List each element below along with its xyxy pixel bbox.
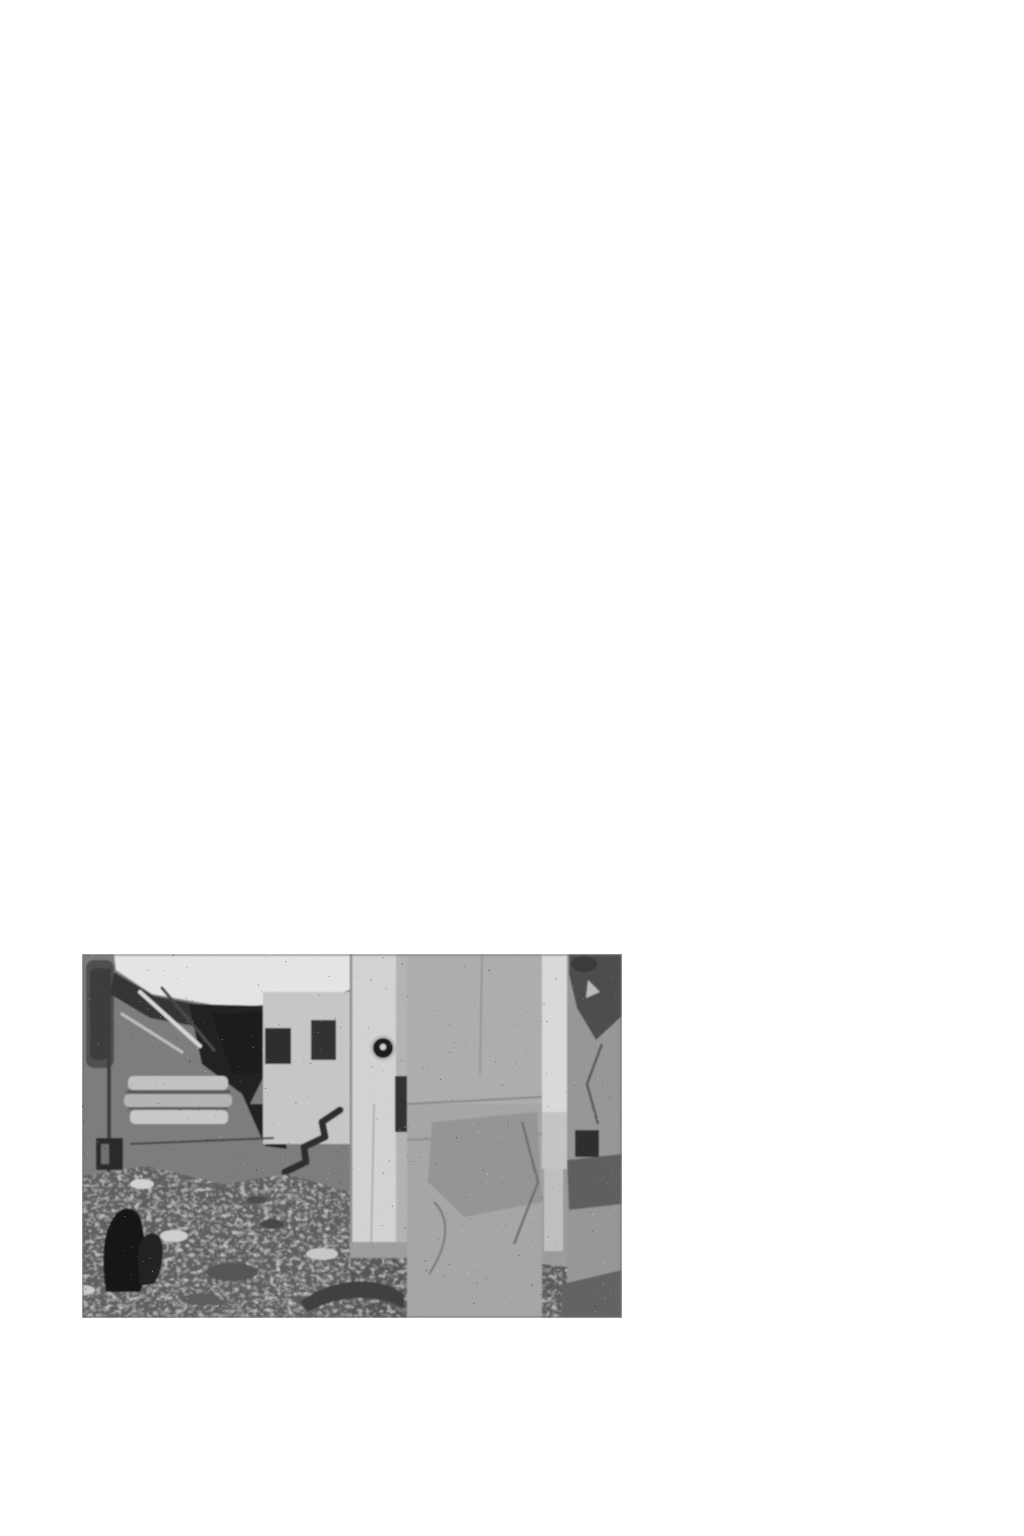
figure-damaged-building-photo <box>82 954 622 1318</box>
halftone-grain-overlay <box>82 954 622 1318</box>
scanned-document-page <box>0 0 1024 1536</box>
photo-illustration <box>82 954 622 1318</box>
